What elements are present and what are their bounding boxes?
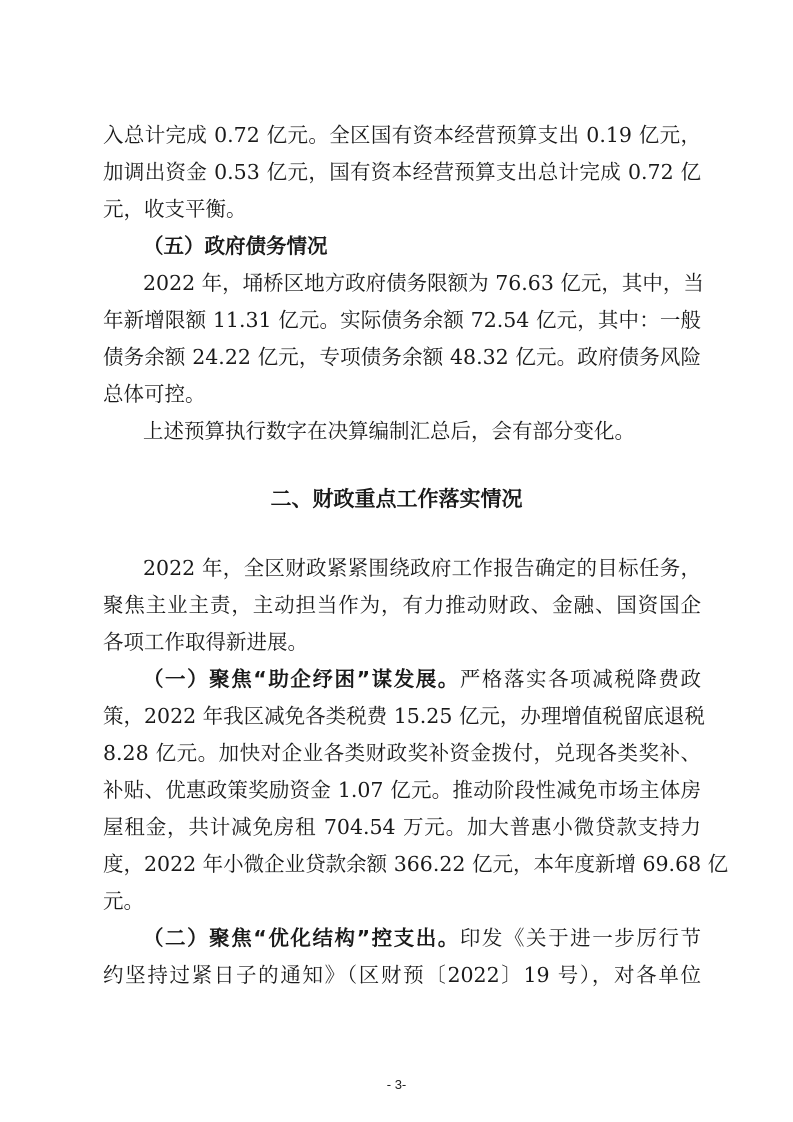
item-2-first-line-text: 印发《关于进一步厉行节 (460, 926, 701, 950)
paragraph-line: 2022 年，埇桥区地方政府债务限额为 76.63 亿元，其中，当 (143, 268, 701, 298)
section-heading-government-debt: （五）政府债务情况 (143, 231, 701, 261)
page-number: - 3- (0, 1077, 793, 1092)
item-1-first-line: （一）聚焦“助企纾困”谋发展。严格落实各项减税降费政 (143, 664, 701, 694)
paragraph-line: 年新增限额 11.31 亿元。实际债务余额 72.54 亿元，其中：一般 (103, 305, 701, 335)
item-2-lead: （二）聚焦“优化结构”控支出。 (143, 926, 460, 950)
paragraph-line: 屋租金，共计减免房租 704.54 万元。加大普惠小微贷款支持力 (103, 812, 701, 842)
paragraph-line: 加调出资金 0.53 亿元，国有资本经营预算支出总计完成 0.72 亿 (103, 157, 701, 187)
paragraph-line: 各项工作取得新进展。 (103, 627, 701, 657)
paragraph-line: 元，收支平衡。 (103, 194, 701, 224)
paragraph-line: 策，2022 年我区减免各类税费 15.25 亿元，办理增值税留底退税 (103, 701, 701, 731)
paragraph-line: 总体可控。 (103, 379, 701, 409)
budget-note: 上述预算执行数字在决算编制汇总后，会有部分变化。 (143, 416, 701, 446)
paragraph-line: 债务余额 24.22 亿元，专项债务余额 48.32 亿元。政府债务风险 (103, 342, 701, 372)
item-1-first-line-text: 严格落实各项减税降费政 (460, 667, 701, 691)
paragraph-line: 2022 年，全区财政紧紧围绕政府工作报告确定的目标任务， (143, 553, 701, 583)
item-1-lead: （一）聚焦“助企纾困”谋发展。 (143, 667, 460, 691)
paragraph-line: 聚焦主业主责，主动担当作为，有力推动财政、金融、国资国企 (103, 590, 701, 620)
item-2-first-line: （二）聚焦“优化结构”控支出。印发《关于进一步厉行节 (143, 923, 701, 953)
paragraph-line: 度，2022 年小微企业贷款余额 366.22 亿元，本年度新增 69.68 亿 (103, 849, 701, 879)
paragraph-line: 8.28 亿元。加快对企业各类财政奖补资金拨付，兑现各类奖补、 (103, 738, 701, 768)
paragraph-line: 入总计完成 0.72 亿元。全区国有资本经营预算支出 0.19 亿元， (103, 120, 701, 150)
chapter-heading: 二、财政重点工作落实情况 (0, 484, 793, 514)
paragraph-line: 元。 (103, 886, 701, 916)
paragraph-line: 约坚持过紧日子的通知》（区财预〔2022〕19 号），对各单位 (103, 960, 701, 990)
paragraph-line: 补贴、优惠政策奖励资金 1.07 亿元。推动阶段性减免市场主体房 (103, 775, 701, 805)
